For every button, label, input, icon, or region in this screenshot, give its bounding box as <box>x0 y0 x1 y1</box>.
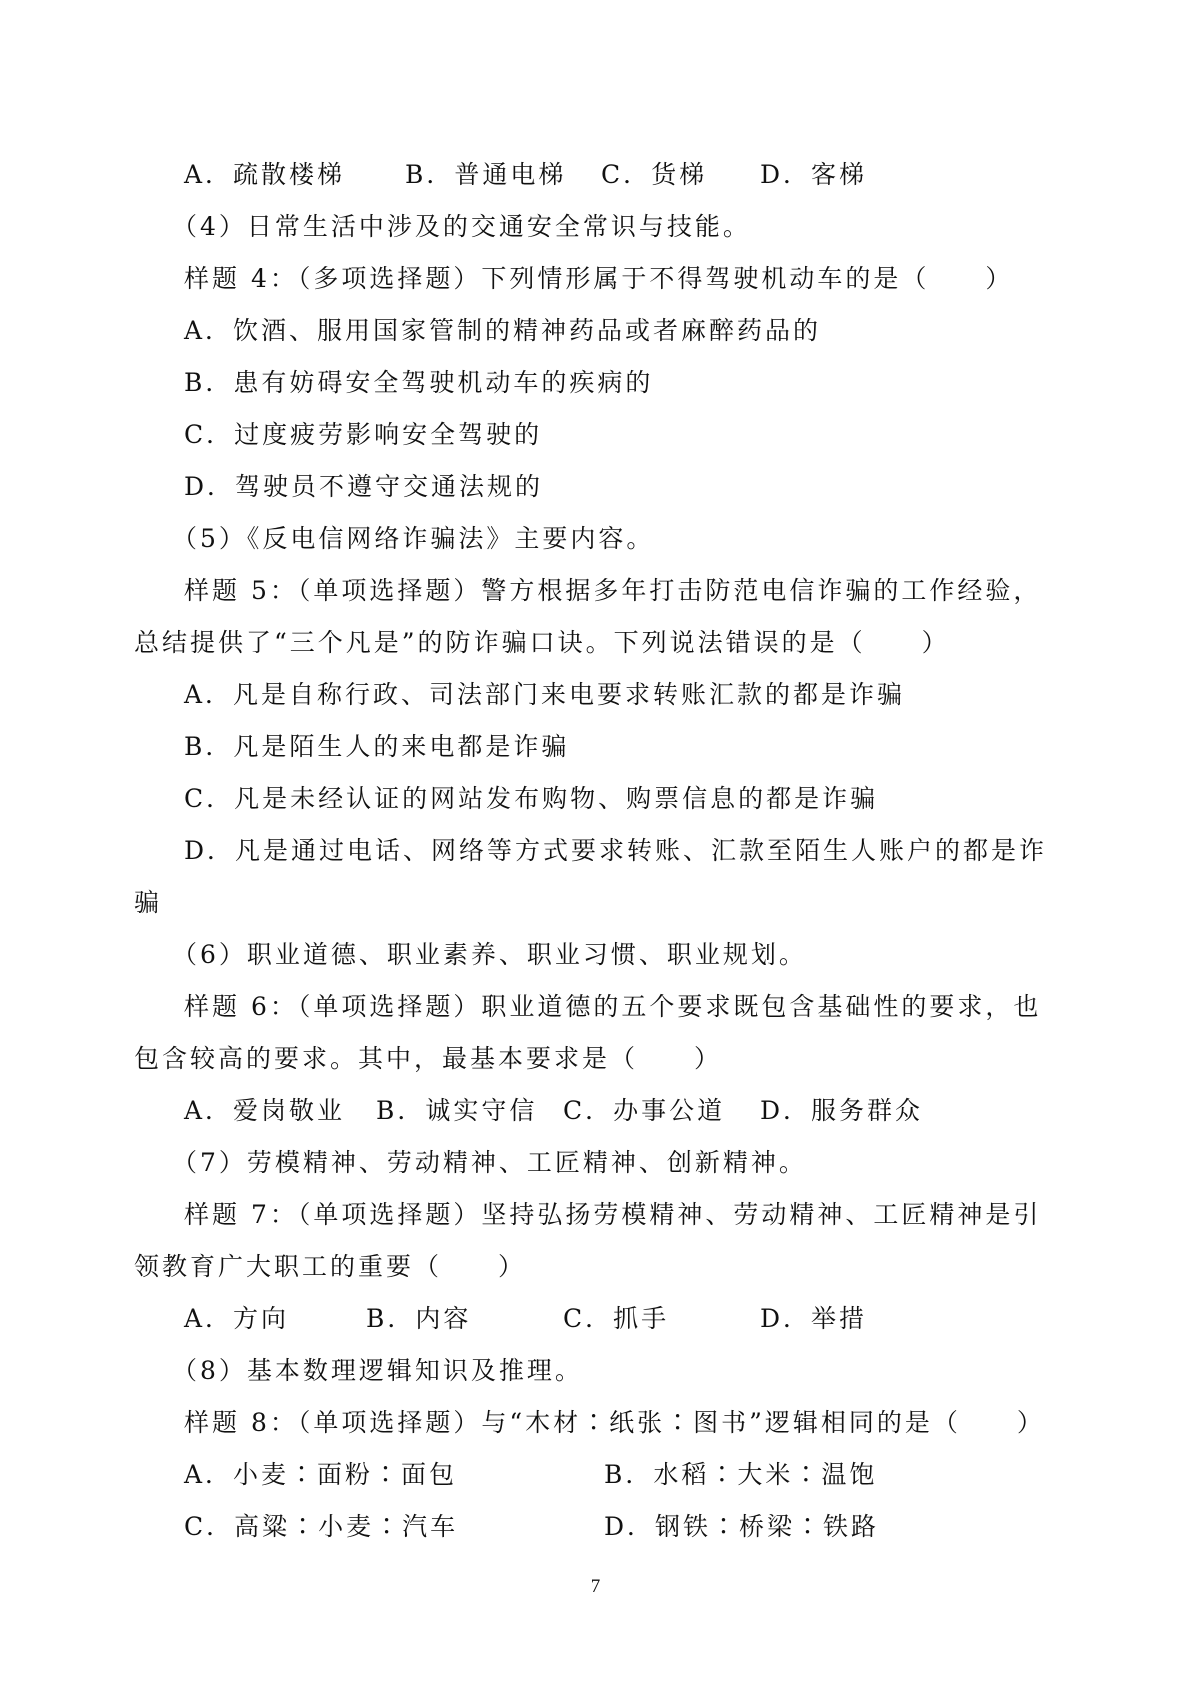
option-text: B．凡是陌生人的来电都是诈骗 <box>184 727 569 767</box>
option-d: D．客梯 <box>760 155 867 195</box>
option-a: A．爱岗敬业 <box>184 1091 345 1131</box>
option-a: A．小麦∶面粉∶面包 <box>184 1455 457 1495</box>
question-continuation: 总结提供了“三个凡是”的防诈骗口诀。下列说法错误的是（ ） <box>134 623 950 663</box>
option-text: C．过度疲劳影响安全驾驶的 <box>184 415 542 455</box>
option-a: A．方向 <box>184 1299 289 1339</box>
page-number: 7 <box>0 1576 1191 1598</box>
option-text: D．驾驶员不遵守交通法规的 <box>184 467 543 507</box>
options-row: A．爱岗敬业 B．诚实守信 C．办事公道 D．服务群众 <box>0 1091 1191 1131</box>
option-a: A．疏散楼梯 <box>184 155 345 195</box>
question-stem: 样题 4：（多项选择题）下列情形属于不得驾驶机动车的是（ ） <box>184 259 1013 299</box>
topic-heading: （4）日常生活中涉及的交通安全常识与技能。 <box>172 207 751 247</box>
topic-heading: （7）劳模精神、劳动精神、工匠精神、创新精神。 <box>172 1143 807 1183</box>
option-c: C．办事公道 <box>563 1091 725 1131</box>
option-c: C．货梯 <box>601 155 707 195</box>
document-page: A．疏散楼梯 B．普通电梯 C．货梯 D．客梯 （4）日常生活中涉及的交通安全常… <box>0 0 1191 1684</box>
option-text: D．凡是通过电话、网络等方式要求转账、汇款至陌生人账户的都是诈 <box>184 831 1047 871</box>
question-stem: 样题 6：（单项选择题）职业道德的五个要求既包含基础性的要求，也 <box>184 987 1041 1027</box>
question-stem: 样题 5：（单项选择题）警方根据多年打击防范电信诈骗的工作经验， <box>184 571 1041 611</box>
option-d: D．服务群众 <box>760 1091 923 1131</box>
options-row: A．疏散楼梯 B．普通电梯 C．货梯 D．客梯 <box>0 155 1191 195</box>
options-row: A．小麦∶面粉∶面包 B．水稻∶大米∶温饱 <box>0 1455 1191 1495</box>
option-text: A．饮酒、服用国家管制的精神药品或者麻醉药品的 <box>184 311 821 351</box>
option-d: D．钢铁∶桥梁∶铁路 <box>604 1507 879 1547</box>
question-stem: 样题 8：（单项选择题）与“木材∶纸张∶图书”逻辑相同的是（ ） <box>184 1403 1045 1443</box>
topic-heading: （8）基本数理逻辑知识及推理。 <box>172 1351 583 1391</box>
topic-heading: （6）职业道德、职业素养、职业习惯、职业规划。 <box>172 935 807 975</box>
option-b: B．诚实守信 <box>376 1091 537 1131</box>
option-b: B．普通电梯 <box>405 155 566 195</box>
question-stem: 样题 7：（单项选择题）坚持弘扬劳模精神、劳动精神、工匠精神是引 <box>184 1195 1041 1235</box>
option-c: C．高粱∶小麦∶汽车 <box>184 1507 458 1547</box>
option-text: A．凡是自称行政、司法部门来电要求转账汇款的都是诈骗 <box>184 675 905 715</box>
option-d: D．举措 <box>760 1299 867 1339</box>
option-c: C．抓手 <box>563 1299 669 1339</box>
option-b: B．内容 <box>366 1299 471 1339</box>
question-continuation: 领教育广大职工的重要（ ） <box>134 1247 526 1287</box>
option-text: C．凡是未经认证的网站发布购物、购票信息的都是诈骗 <box>184 779 878 819</box>
options-row: A．方向 B．内容 C．抓手 D．举措 <box>0 1299 1191 1339</box>
question-continuation: 包含较高的要求。其中，最基本要求是（ ） <box>134 1039 722 1079</box>
option-text: B．患有妨碍安全驾驶机动车的疾病的 <box>184 363 653 403</box>
options-row: C．高粱∶小麦∶汽车 D．钢铁∶桥梁∶铁路 <box>0 1507 1191 1547</box>
option-continuation: 骗 <box>134 883 162 923</box>
option-b: B．水稻∶大米∶温饱 <box>604 1455 877 1495</box>
topic-heading: （5）《反电信网络诈骗法》主要内容。 <box>172 519 654 559</box>
